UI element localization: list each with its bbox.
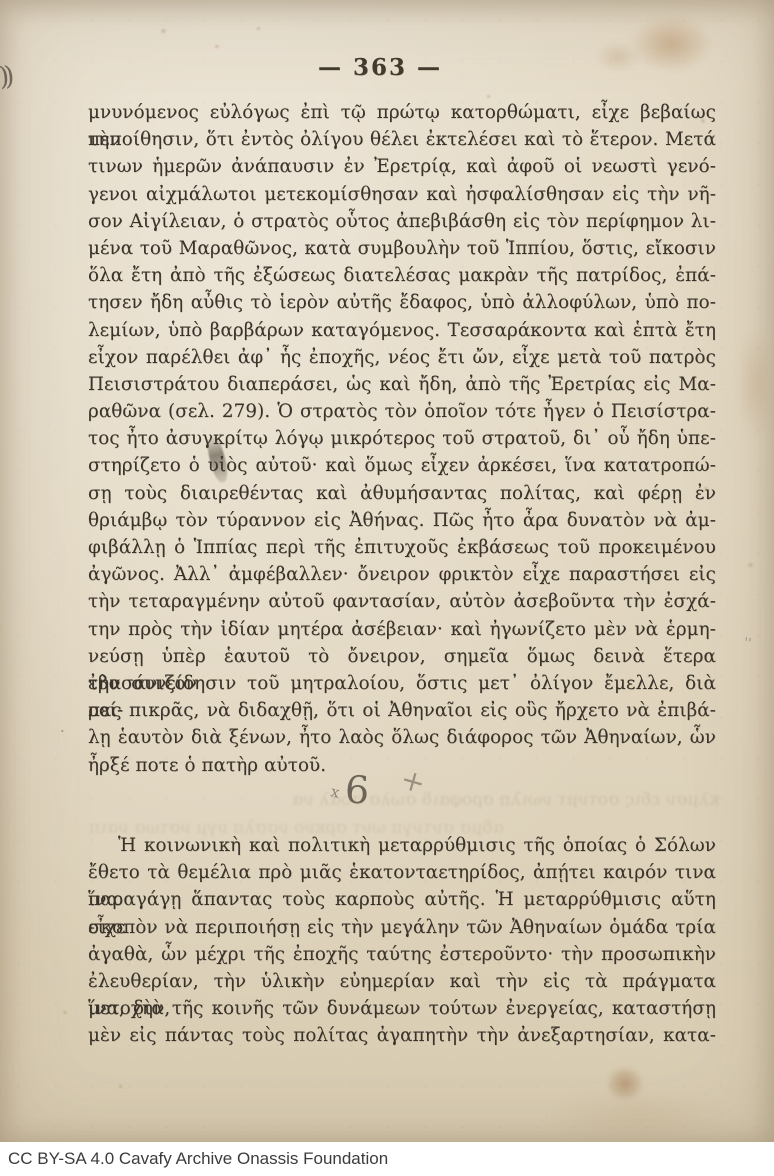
text-line: σκοπὸν νὰ περιποιήσῃ εἰς τὴν μεγάλην τῶν… bbox=[88, 914, 716, 941]
paragraph-1: μνυνόμενος εὐλόγως ἐπὶ τῷ πρώτῳ κατορθώμ… bbox=[88, 99, 716, 779]
pencil-number-mark: 6 bbox=[344, 767, 370, 812]
text-line: τινων ἡμερῶν ἀνάπαυσιν ἐν Ἐρετρίᾳ, καὶ ἀ… bbox=[88, 153, 716, 180]
text-line: σον Αἰγίλειαν, ὁ στρατὸς οὗτος ἀπεβιβάσθ… bbox=[88, 208, 716, 235]
text-line: ἀγαθὰ, ὧν μέχρι τῆς ἐποχῆς ταύτης ἐστερο… bbox=[88, 941, 716, 968]
text-line: ἔθετο τὰ θεμέλια πρὸ μιᾶς ἑκατονταετηρίδ… bbox=[88, 859, 716, 886]
text-line: παραγάγῃ ἅπαντας τοὺς καρποὺς αὐτῆς. Ἡ μ… bbox=[88, 886, 716, 913]
text-line: μένα τοῦ Μαραθῶνος, κατὰ συμβουλὴν τοῦ Ἱ… bbox=[88, 235, 716, 262]
text-line: ἵνα, διὰ τῆς κοινῆς τῶν δυνάμεων τούτων … bbox=[88, 995, 716, 1022]
paragraph-2: Ἡ κοινωνικὴ καὶ πολιτικὴ μεταρρύθμισις τ… bbox=[88, 832, 716, 1050]
text-line: τος ἦτο ἀσυγκρίτῳ λόγῳ μικρότερος τοῦ στ… bbox=[88, 425, 716, 452]
license-text: CC BY-SA 4.0 Cavafy Archive Onassis Foun… bbox=[0, 1142, 774, 1175]
text-line: Πεισιστράτου διαπεράσει, ὡς καὶ ἤδη, ἀπὸ… bbox=[88, 371, 716, 398]
text-line: ραθῶνα (σελ. 279). Ὁ στρατὸς τὸν ὁποῖον … bbox=[88, 398, 716, 425]
paper-speck bbox=[747, 562, 754, 568]
pencil-right-margin-mark: '' bbox=[743, 636, 752, 652]
text-line: εἶχον παρέλθει ἀφ᾽ ἧς ἐποχῆς, νέος ἔτι ὤ… bbox=[88, 344, 716, 371]
paper-stain bbox=[546, 1090, 731, 1142]
paper-speck bbox=[256, 26, 261, 31]
paper-speck bbox=[703, 486, 709, 491]
paper-speck bbox=[62, 1010, 68, 1015]
text-line: θριάμβῳ τὸν τύραννον εἰς Ἀθήνας. Πῶς ἦτο… bbox=[88, 507, 716, 534]
text-line: ρας πικρᾶς, νὰ διδαχθῇ, ὅτι οἱ Ἀθηναῖοι … bbox=[88, 697, 716, 724]
text-line: ἐλευθερίαν, τὴν ὑλικὴν εὐημερίαν καὶ τὴν… bbox=[88, 968, 716, 995]
paper-speck bbox=[160, 28, 167, 34]
text-line: γενοι αἰχμάλωτοι μετεκομίσθησαν καὶ ἠσφα… bbox=[88, 181, 716, 208]
text-line: την πρὸς τὴν ἰδίαν μητέρα ἀσέβειαν· καὶ … bbox=[88, 616, 716, 643]
paper-stain bbox=[606, 1066, 644, 1101]
ghost-text-line: αδμσ σντνγπ ωντ σρκνο νσσλπ νγμ νστωσ να… bbox=[64, 818, 504, 838]
footer-license-bar: CC BY-SA 4.0 Cavafy Archive Onassis Foun… bbox=[0, 1142, 774, 1176]
text-line: νεύσῃ ὑπὲρ ἑαυτοῦ τὸ ὄνειρον, σημεῖα ὅμω… bbox=[88, 643, 716, 670]
paper-speck bbox=[700, 118, 706, 124]
text-line: ὅλα ἔτη ἀπὸ τῆς ἐξώσεως διατελέσας μακρὰ… bbox=[88, 262, 716, 289]
text-line: φιβάλλῃ ὁ Ἱππίας περὶ τῆς ἐπιτυχοῦς ἐκβά… bbox=[88, 534, 716, 561]
pencil-dot-mark: · bbox=[60, 722, 65, 740]
text-line: ἀγῶνος. Ἀλλ᾽ ἀμφέβαλλεν· ὄνειρον φρικτὸν… bbox=[88, 561, 716, 588]
scanned-book-page: — 363 — μνυνόμενος εὐλόγως ἐπὶ τῷ πρώτῳ … bbox=[0, 0, 774, 1142]
text-line: λῃ ἑαυτὸν διὰ ξένων, ἦτο λαὸς ὅλως διάφο… bbox=[88, 724, 716, 751]
page-number: — 363 — bbox=[0, 54, 767, 81]
text-line: τησεν ἤδη αὖθις τὸ ἱερὸν αὐτῆς ἔδαφος, ὑ… bbox=[88, 289, 716, 316]
paper-stain bbox=[736, 328, 774, 440]
text-line: πεποίθησιν, ὅτι ἐντὸς ὀλίγου θέλει ἐκτελ… bbox=[88, 126, 716, 153]
text-line: στηρίζετο ὁ υἱὸς αὐτοῦ· καὶ ὅμως εἶχεν ἀ… bbox=[88, 452, 716, 479]
text-line: σῃ τοὺς διαιρεθέντας καὶ ἀθυμήσαντας πολ… bbox=[88, 480, 716, 507]
text-line: τὴν συνείδησιν τοῦ μητραλοίου, ὅστις μετ… bbox=[88, 670, 716, 697]
text-line: μὲν εἰς πάντας τοὺς πολίτας ἀγαπητὴν τὴν… bbox=[88, 1022, 716, 1049]
paper-speck bbox=[118, 1084, 123, 1089]
paper-speck bbox=[214, 44, 220, 49]
text-line: λεμίων, ὑπὸ βαρβάρων καταγόμενος. Τεσσαρ… bbox=[88, 317, 716, 344]
paper-speck bbox=[486, 94, 491, 99]
text-line: μνυνόμενος εὐλόγως ἐπὶ τῷ πρώτῳ κατορθώμ… bbox=[88, 99, 716, 126]
text-line: τὴν τεταραγμένην αὐτοῦ φαντασίαν, αὐτὸν … bbox=[88, 588, 716, 615]
